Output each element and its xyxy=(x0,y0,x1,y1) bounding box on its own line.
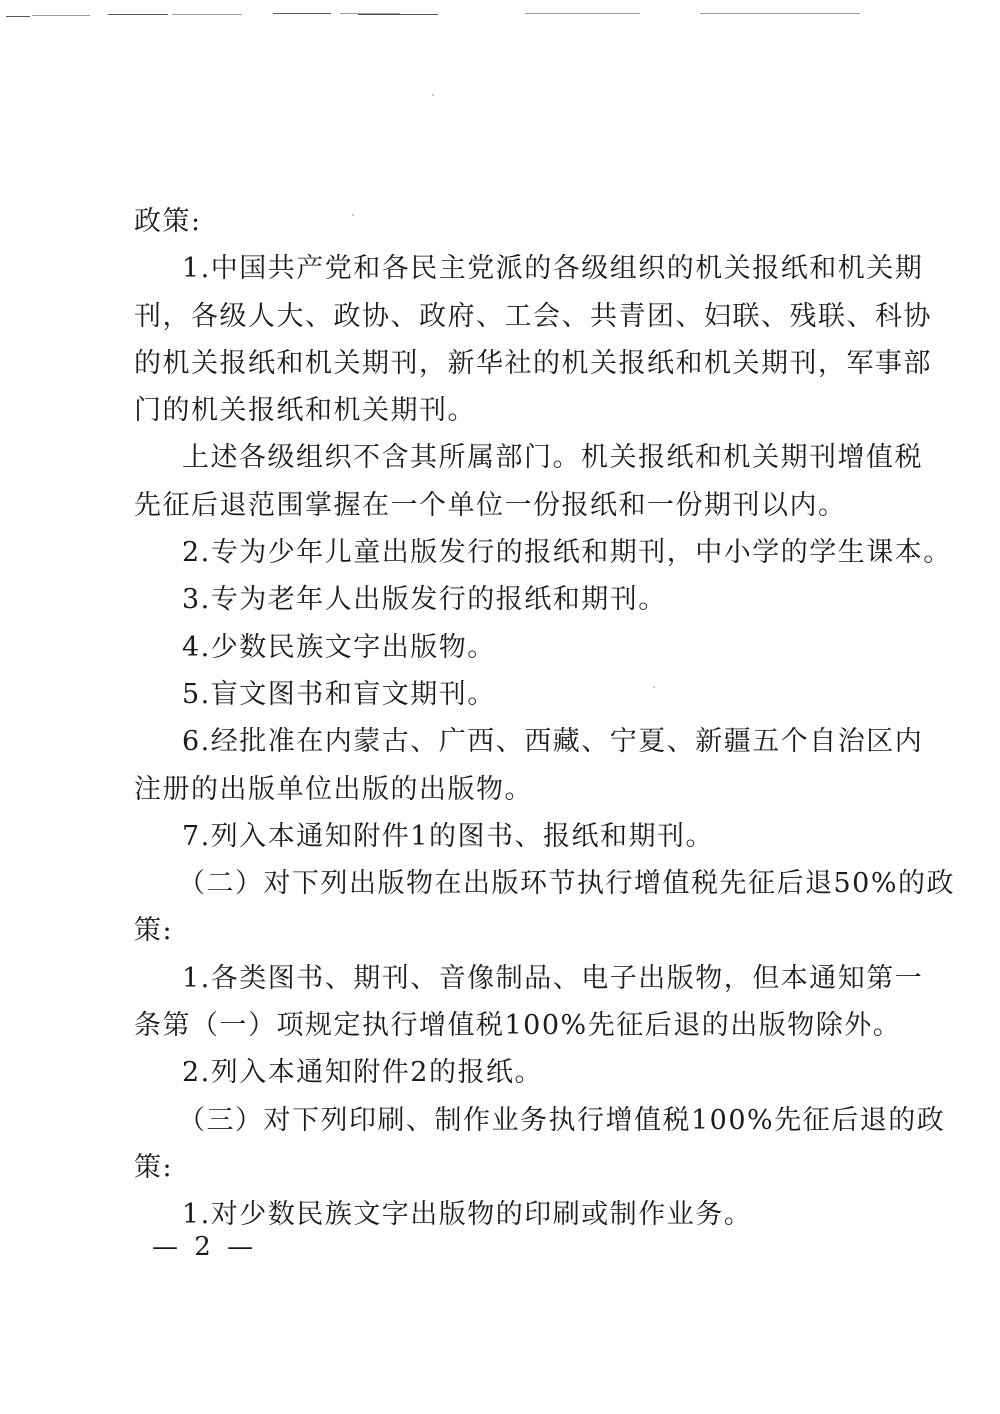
text-line: 刊，各级人大、政协、政府、工会、共青团、妇联、残联、科协 xyxy=(134,293,854,340)
text-line: 上述各级组织不含其所属部门。机关报纸和机关期刊增值税 xyxy=(134,434,854,481)
text-line: 6.经批准在内蒙古、广西、西藏、宁夏、新疆五个自治区内 xyxy=(134,718,854,765)
scan-line xyxy=(6,16,30,17)
scan-header-artifacts xyxy=(0,0,1000,40)
text-line: 5.盲文图书和盲文期刊。 xyxy=(134,671,854,718)
text-line: 门的机关报纸和机关期刊。 xyxy=(134,387,854,434)
text-line: 2.列入本通知附件2的报纸。 xyxy=(134,1049,854,1096)
section-heading: （三）对下列印刷、制作业务执行增值税100%先征后退的政 xyxy=(134,1097,854,1144)
text-line: 1.中国共产党和各民主党派的各级组织的机关报纸和机关期 xyxy=(134,245,854,292)
scan-speck xyxy=(432,94,434,96)
text-line: 的机关报纸和机关期刊，新华社的机关报纸和机关期刊，军事部 xyxy=(134,340,854,387)
scan-line xyxy=(32,15,90,16)
document-body: 政策: 1.中国共产党和各民主党派的各级组织的机关报纸和机关期 刊，各级人大、政… xyxy=(134,198,854,1239)
text-line: 2.专为少年儿童出版发行的报纸和期刊，中小学的学生课本。 xyxy=(134,529,854,576)
scan-line xyxy=(358,14,438,15)
text-line: 政策: xyxy=(134,198,854,245)
scan-line xyxy=(700,13,860,14)
text-line: 4.少数民族文字出版物。 xyxy=(134,624,854,671)
text-line: 注册的出版单位出版的出版物。 xyxy=(134,766,854,813)
scan-line xyxy=(525,13,640,14)
text-line: 7.列入本通知附件1的图书、报纸和期刊。 xyxy=(134,813,854,860)
text-line: 1.各类图书、期刊、音像制品、电子出版物，但本通知第一 xyxy=(134,955,854,1002)
page-number: — 2 — xyxy=(152,1232,257,1262)
scan-line xyxy=(108,14,168,15)
text-line: 3.专为老年人出版发行的报纸和期刊。 xyxy=(134,576,854,623)
section-heading: （二）对下列出版物在出版环节执行增值税先征后退50%的政 xyxy=(134,860,854,907)
text-line: 策: xyxy=(134,907,854,954)
scan-line xyxy=(172,14,242,15)
scan-line xyxy=(273,13,331,14)
text-line: 先征后退范围掌握在一个单位一份报纸和一份期刊以内。 xyxy=(134,482,854,529)
text-line: 条第（一）项规定执行增值税100%先征后退的出版物除外。 xyxy=(134,1002,854,1049)
text-line: 策: xyxy=(134,1144,854,1191)
